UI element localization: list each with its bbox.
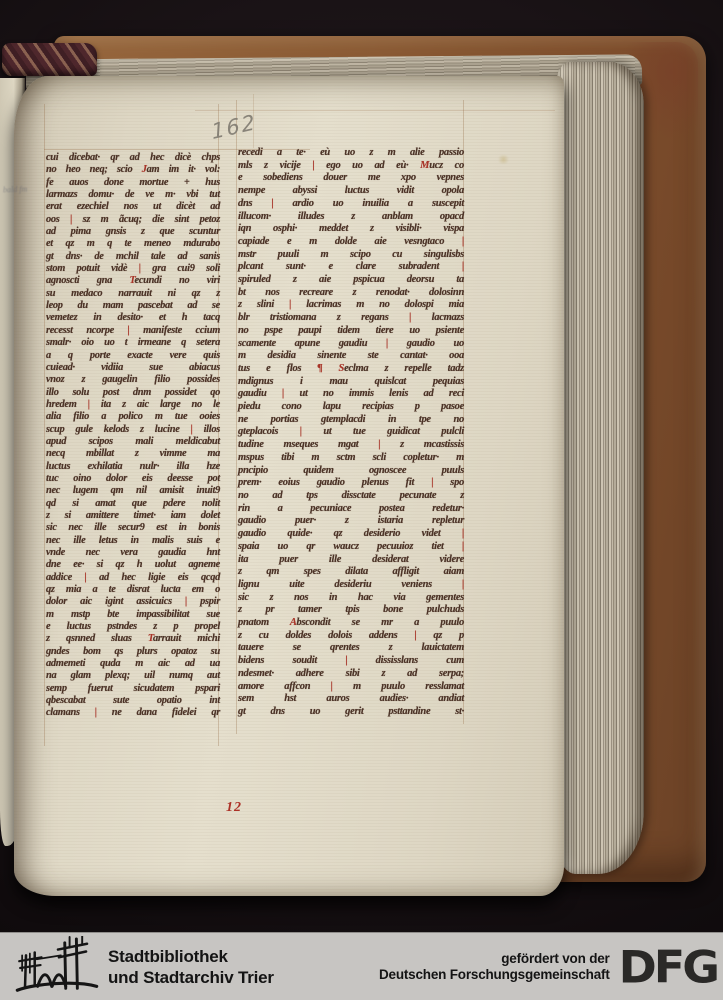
- manuscript-line: scup gule kelods z lucine | illos: [46, 424, 220, 436]
- manuscript-line: lignu uite desideriu veniens |: [238, 579, 464, 592]
- ruling-line-vertical: [44, 104, 45, 746]
- manuscript-line: mdignus i mau quislcat pequias: [238, 376, 464, 389]
- manuscript-line: pncipio quidem ognoscee puuls: [238, 465, 464, 478]
- manuscript-line: vemetez in desito· et h tacq: [46, 312, 220, 324]
- manuscript-line: illucom· illudes z anblam opacd: [238, 211, 464, 224]
- manuscript-line: recesst ncorpe | manifeste ccium: [46, 325, 220, 337]
- porta-nigra-logo-icon: [14, 936, 100, 998]
- manuscript-line: spiruled z aie pspicua deorsu ta: [238, 274, 464, 287]
- manuscript-line: gt dns uo gerit psttandine st·: [238, 706, 464, 719]
- manuscript-line: dns | ardio uo inuilia a suscepit: [238, 198, 464, 211]
- manuscript-line: plcant sunt· e clare subradent |: [238, 261, 464, 274]
- dfg-logo: DFG: [619, 938, 717, 996]
- manuscript-line: cui dicebat· qr ad hec dicè chps: [46, 152, 220, 164]
- manuscript-line: mstr puuli m scipo cu singulisbs: [238, 249, 464, 262]
- manuscript-line: z pr tamer tpis bone pulchuds: [238, 604, 464, 617]
- library-name: Stadtbibliothek und Stadtarchiv Trier: [108, 946, 274, 988]
- manuscript-line: mls z vicije | ego uo ad eù· Mucz co: [238, 160, 464, 173]
- manuscript-line: qbescabat sute opatio int: [46, 695, 220, 707]
- manuscript-line: no ad tps dissctate pecunate z: [238, 490, 464, 503]
- manuscript-line: fe auos done mortue + hus: [46, 177, 220, 189]
- manuscript-line: blr tristiomana z regans | lacmazs: [238, 312, 464, 325]
- manuscript-line: qd si amat que pdere nolit: [46, 498, 220, 510]
- ruling-line-vertical: [236, 100, 237, 734]
- manuscript-line: gndes bom qs plurs opatoz su: [46, 646, 220, 658]
- manuscript-line: et qz m q te meneo mdurabo: [46, 238, 220, 250]
- manuscript-line: tauere se qrentes z lauictatem: [238, 642, 464, 655]
- manuscript-line: vnde nec vera gaudia hnt: [46, 547, 220, 559]
- manuscript-line: larmazs domu· de ve m· vbi tut: [46, 189, 220, 201]
- manuscript-line: spaia uo qr waucz pecuuioz tiet |: [238, 541, 464, 554]
- manuscript-line: ne portias gtemplacdi in tpe no: [238, 414, 464, 427]
- manuscript-line: pnatom Abscondit se mr a puulo: [238, 617, 464, 630]
- manuscript-line: dolor aic igint assicuics | pspir: [46, 596, 220, 608]
- manuscript-line: vnoz z gaugelin filio possides: [46, 374, 220, 386]
- manuscript-line: agnoscti gna Tecundi no viri: [46, 275, 220, 287]
- manuscript-line: no heo neq; scio Jam im it· vol:: [46, 164, 220, 176]
- manuscript-line: sem hst auros audies· andiat: [238, 693, 464, 706]
- manuscript-line: gaudio quide· qz desiderio videt |: [238, 528, 464, 541]
- footer-banner: Stadtbibliothek und Stadtarchiv Trier ge…: [0, 932, 723, 1000]
- digitized-manuscript-scan: cui dicebat· qr ad hec dicè chpsno heo n…: [0, 0, 723, 1000]
- manuscript-line: semp fuerut sicudatem pspari: [46, 683, 220, 695]
- manuscript-line: z qm spes dilata affligit aiam: [238, 566, 464, 579]
- manuscript-line: z qsnned sluas Tarrauit michi: [46, 633, 220, 645]
- funding-credit-line2: Deutschen Forschungsgemeinschaft: [379, 967, 610, 983]
- manuscript-line: gt dns· de mchil tale ad sanis: [46, 251, 220, 263]
- manuscript-line: clamans | ne dana fidelei qr: [46, 707, 220, 719]
- manuscript-line: recedi a te· eù uo z m alie passio: [238, 147, 464, 160]
- marginal-note: bald fm: [3, 185, 28, 195]
- manuscript-line: oos | sz m ãcuq; die sint petoz: [46, 214, 220, 226]
- manuscript-line: piedu cono lapu recipias p pasoe: [238, 401, 464, 414]
- manuscript-line: nec lugem qm nil amisit inuit9: [46, 485, 220, 497]
- manuscript-line: z si amittere timet· iam dolet: [46, 510, 220, 522]
- manuscript-line: erat ezechiel nos ut dicèt ad: [46, 201, 220, 213]
- manuscript-line: su medaco narrauit ni qz z: [46, 288, 220, 300]
- manuscript-column-2: recedi a te· eù uo z m alie passiomls z …: [238, 147, 464, 719]
- manuscript-line: leop du mam pascebat ad se: [46, 300, 220, 312]
- manuscript-line: admemeti quda m aic ad ua: [46, 658, 220, 670]
- manuscript-line: mspus tibi m sctm scli copletur· m: [238, 452, 464, 465]
- library-name-line2: und Stadtarchiv Trier: [108, 967, 274, 988]
- manuscript-line: z cu doldes dolois addens | qz p: [238, 630, 464, 643]
- manuscript-line: e luctus pstndes z p propel: [46, 621, 220, 633]
- manuscript-line: tuc oino dolor eis deesse pot: [46, 473, 220, 485]
- manuscript-line: qz mia a te disrat lucta em o: [46, 584, 220, 596]
- manuscript-line: ita puer ille desiderat videre: [238, 554, 464, 567]
- paper-stain: [497, 155, 510, 164]
- manuscript-line: e sobediens douer me xpo vepnes: [238, 172, 464, 185]
- manuscript-line: m mstp bte impassibilitat sue: [46, 609, 220, 621]
- manuscript-line: addice | ad hec ligie eis qcqd: [46, 572, 220, 584]
- manuscript-line: smalr· oio uo t irmeane q setera: [46, 337, 220, 349]
- manuscript-line: ndesmet· adhere sibi z ad serpa;: [238, 668, 464, 681]
- manuscript-column-1: cui dicebat· qr ad hec dicè chpsno heo n…: [46, 152, 220, 720]
- manuscript-line: rin a pecuniace postea redetur·: [238, 503, 464, 516]
- manuscript-line: alia filio a polico m tue ooies: [46, 411, 220, 423]
- manuscript-line: bidens soudit | dississlans cum: [238, 655, 464, 668]
- library-name-line1: Stadtbibliothek: [108, 946, 274, 967]
- manuscript-line: dne ee· si qz h uolut agneme: [46, 559, 220, 571]
- manuscript-line: gteplacois | ut tue guidicat pulcli: [238, 426, 464, 439]
- manuscript-line: necq mbillat z vimme ma: [46, 448, 220, 460]
- manuscript-line: bt nos recreare z renodat· dolosinn: [238, 287, 464, 300]
- manuscript-line: ad pima gnsis z que scuntur: [46, 226, 220, 238]
- spine-headband: [2, 43, 97, 76]
- manuscript-line: apud scipos mali meldicabut: [46, 436, 220, 448]
- manuscript-line: gaudiu | ut no immis lenis ad reci: [238, 388, 464, 401]
- manuscript-line: scamente apune gaudiu | gaudio uo: [238, 338, 464, 351]
- fore-edge-page-stack: [556, 62, 644, 874]
- manuscript-line: capiade e m dolde aie vesngtaco |: [238, 236, 464, 249]
- manuscript-line: nec ille letus in malis suis e: [46, 535, 220, 547]
- manuscript-line: a q porte exacte vere quis: [46, 350, 220, 362]
- quire-signature: 12: [226, 800, 242, 816]
- photo-background: cui dicebat· qr ad hec dicè chpsno heo n…: [0, 0, 723, 932]
- manuscript-line: luctus exhilatia nulr· illa hze: [46, 461, 220, 473]
- manuscript-line: iqn osphi· meddet z visibli· vispa: [238, 223, 464, 236]
- manuscript-line: illo solu post dnm possidet qo: [46, 387, 220, 399]
- manuscript-line: tudine mseques mgat | z mcastissis: [238, 439, 464, 452]
- manuscript-line: na glam plexq; uil numq aut: [46, 670, 220, 682]
- manuscript-line: stom potuit vidè | gra cui9 soli: [46, 263, 220, 275]
- manuscript-line: hredem | ita z aic large no le: [46, 399, 220, 411]
- manuscript-line: tus e flos ¶ Seclma z repelle tadz: [238, 363, 464, 376]
- manuscript-line: gaudio puer· z istaria repletur: [238, 515, 464, 528]
- funding-credit: gefördert von der Deutschen Forschungsge…: [379, 951, 610, 983]
- manuscript-line: m desidia sinente ste cantat· ooa: [238, 350, 464, 363]
- manuscript-line: prem· eoius gaudio plenus fit | spo: [238, 477, 464, 490]
- manuscript-line: sic nec ille secur9 est in bonis: [46, 522, 220, 534]
- manuscript-line: no pspe paupi tidem tiere uo psiente: [238, 325, 464, 338]
- manuscript-line: z slini | lacrimas m no dolospi mia: [238, 299, 464, 312]
- manuscript-line: sic z nos in hac via gementes: [238, 592, 464, 605]
- manuscript-line: nempe abyssi luctus vidit opola: [238, 185, 464, 198]
- funding-credit-line1: gefördert von der: [379, 951, 610, 967]
- manuscript-line: cuiead· vidiia sue abiacus: [46, 362, 220, 374]
- manuscript-line: amore affcon | m puulo resslamat: [238, 681, 464, 694]
